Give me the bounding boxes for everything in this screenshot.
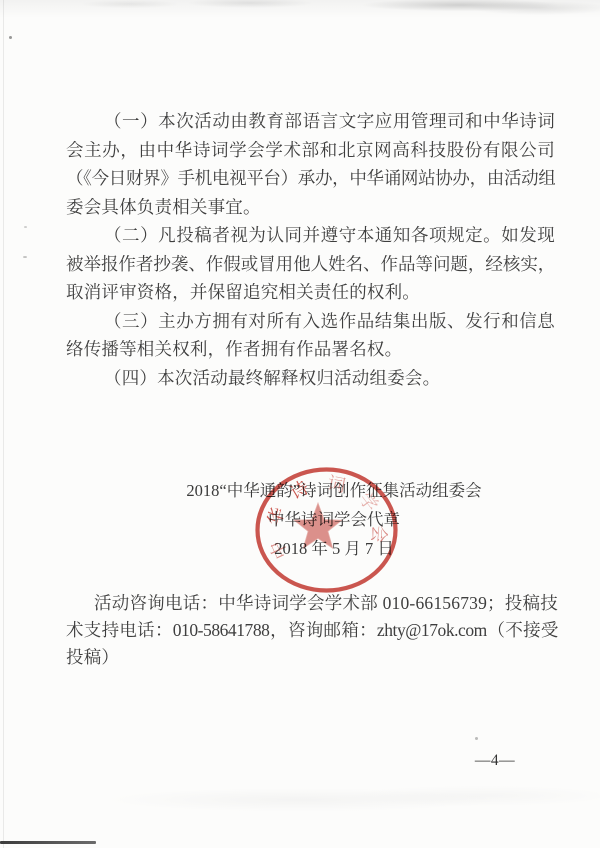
- text-line: （二）凡投稿者视为认同并遵守本通知各项规定。如发现或: [66, 221, 555, 250]
- body-paragraphs: （一）本次活动由教育部语言文字应用管理司和中华诗词学 会主办，由中华诗词学会学术…: [66, 107, 555, 392]
- page-number: —4—: [455, 752, 535, 770]
- contact-line: 投稿）: [66, 644, 558, 671]
- contact-line: 术支持电话：010-58641788，咨询邮箱：zhty@17ok.com（不接…: [66, 617, 558, 644]
- text-line: （四）本次活动最终解释权归活动组委会。: [66, 364, 555, 393]
- seal-char: 诗: [287, 477, 313, 504]
- text-line: 络传播等相关权利，作者拥有作品署名权。: [66, 335, 555, 364]
- text-line: 会主办，由中华诗词学会学术部和北京网高科技股份有限公司: [66, 136, 555, 165]
- seal-char: 学: [354, 489, 382, 516]
- text-line: （三）主办方拥有对所有入选作品结集出版、发行和信息网: [66, 307, 555, 336]
- scan-speck: [475, 737, 478, 740]
- seal-char: 华: [264, 505, 289, 528]
- scan-noise-top: [0, 0, 600, 18]
- document-page: （一）本次活动由教育部语言文字应用管理司和中华诗词学 会主办，由中华诗词学会学术…: [0, 0, 600, 848]
- scan-edge-line: [3, 0, 4, 848]
- seal-char: 会: [367, 524, 389, 544]
- text-line: 被举报作者抄袭、作假或冒用他人姓名、作品等问题，经核实，: [66, 250, 555, 279]
- text-line: （《今日财界》手机电视平台）承办，中华诵网站协办，由活动组: [66, 164, 555, 193]
- scan-corner-line: [0, 841, 96, 844]
- seal-char: 中: [266, 537, 293, 562]
- official-seal: 中 华 诗 词 学 会: [253, 466, 401, 596]
- scan-speck: [24, 226, 27, 228]
- star-icon: [295, 504, 341, 547]
- scan-speck: [9, 36, 12, 39]
- contact-line: 活动咨询电话：中华诗词学会学术部 010-66156739；投稿技: [66, 590, 558, 617]
- seal-char: 词: [326, 473, 348, 497]
- contact-info: 活动咨询电话：中华诗词学会学术部 010-66156739；投稿技 术支持电话：…: [66, 590, 558, 671]
- text-line: 委会具体负责相关事宜。: [66, 193, 555, 222]
- scan-speck: [23, 256, 27, 258]
- text-line: （一）本次活动由教育部语言文字应用管理司和中华诗词学: [66, 107, 555, 136]
- scan-noise-bottom: [0, 782, 600, 824]
- text-line: 取消评审资格，并保留追究相关责任的权利。: [66, 278, 555, 307]
